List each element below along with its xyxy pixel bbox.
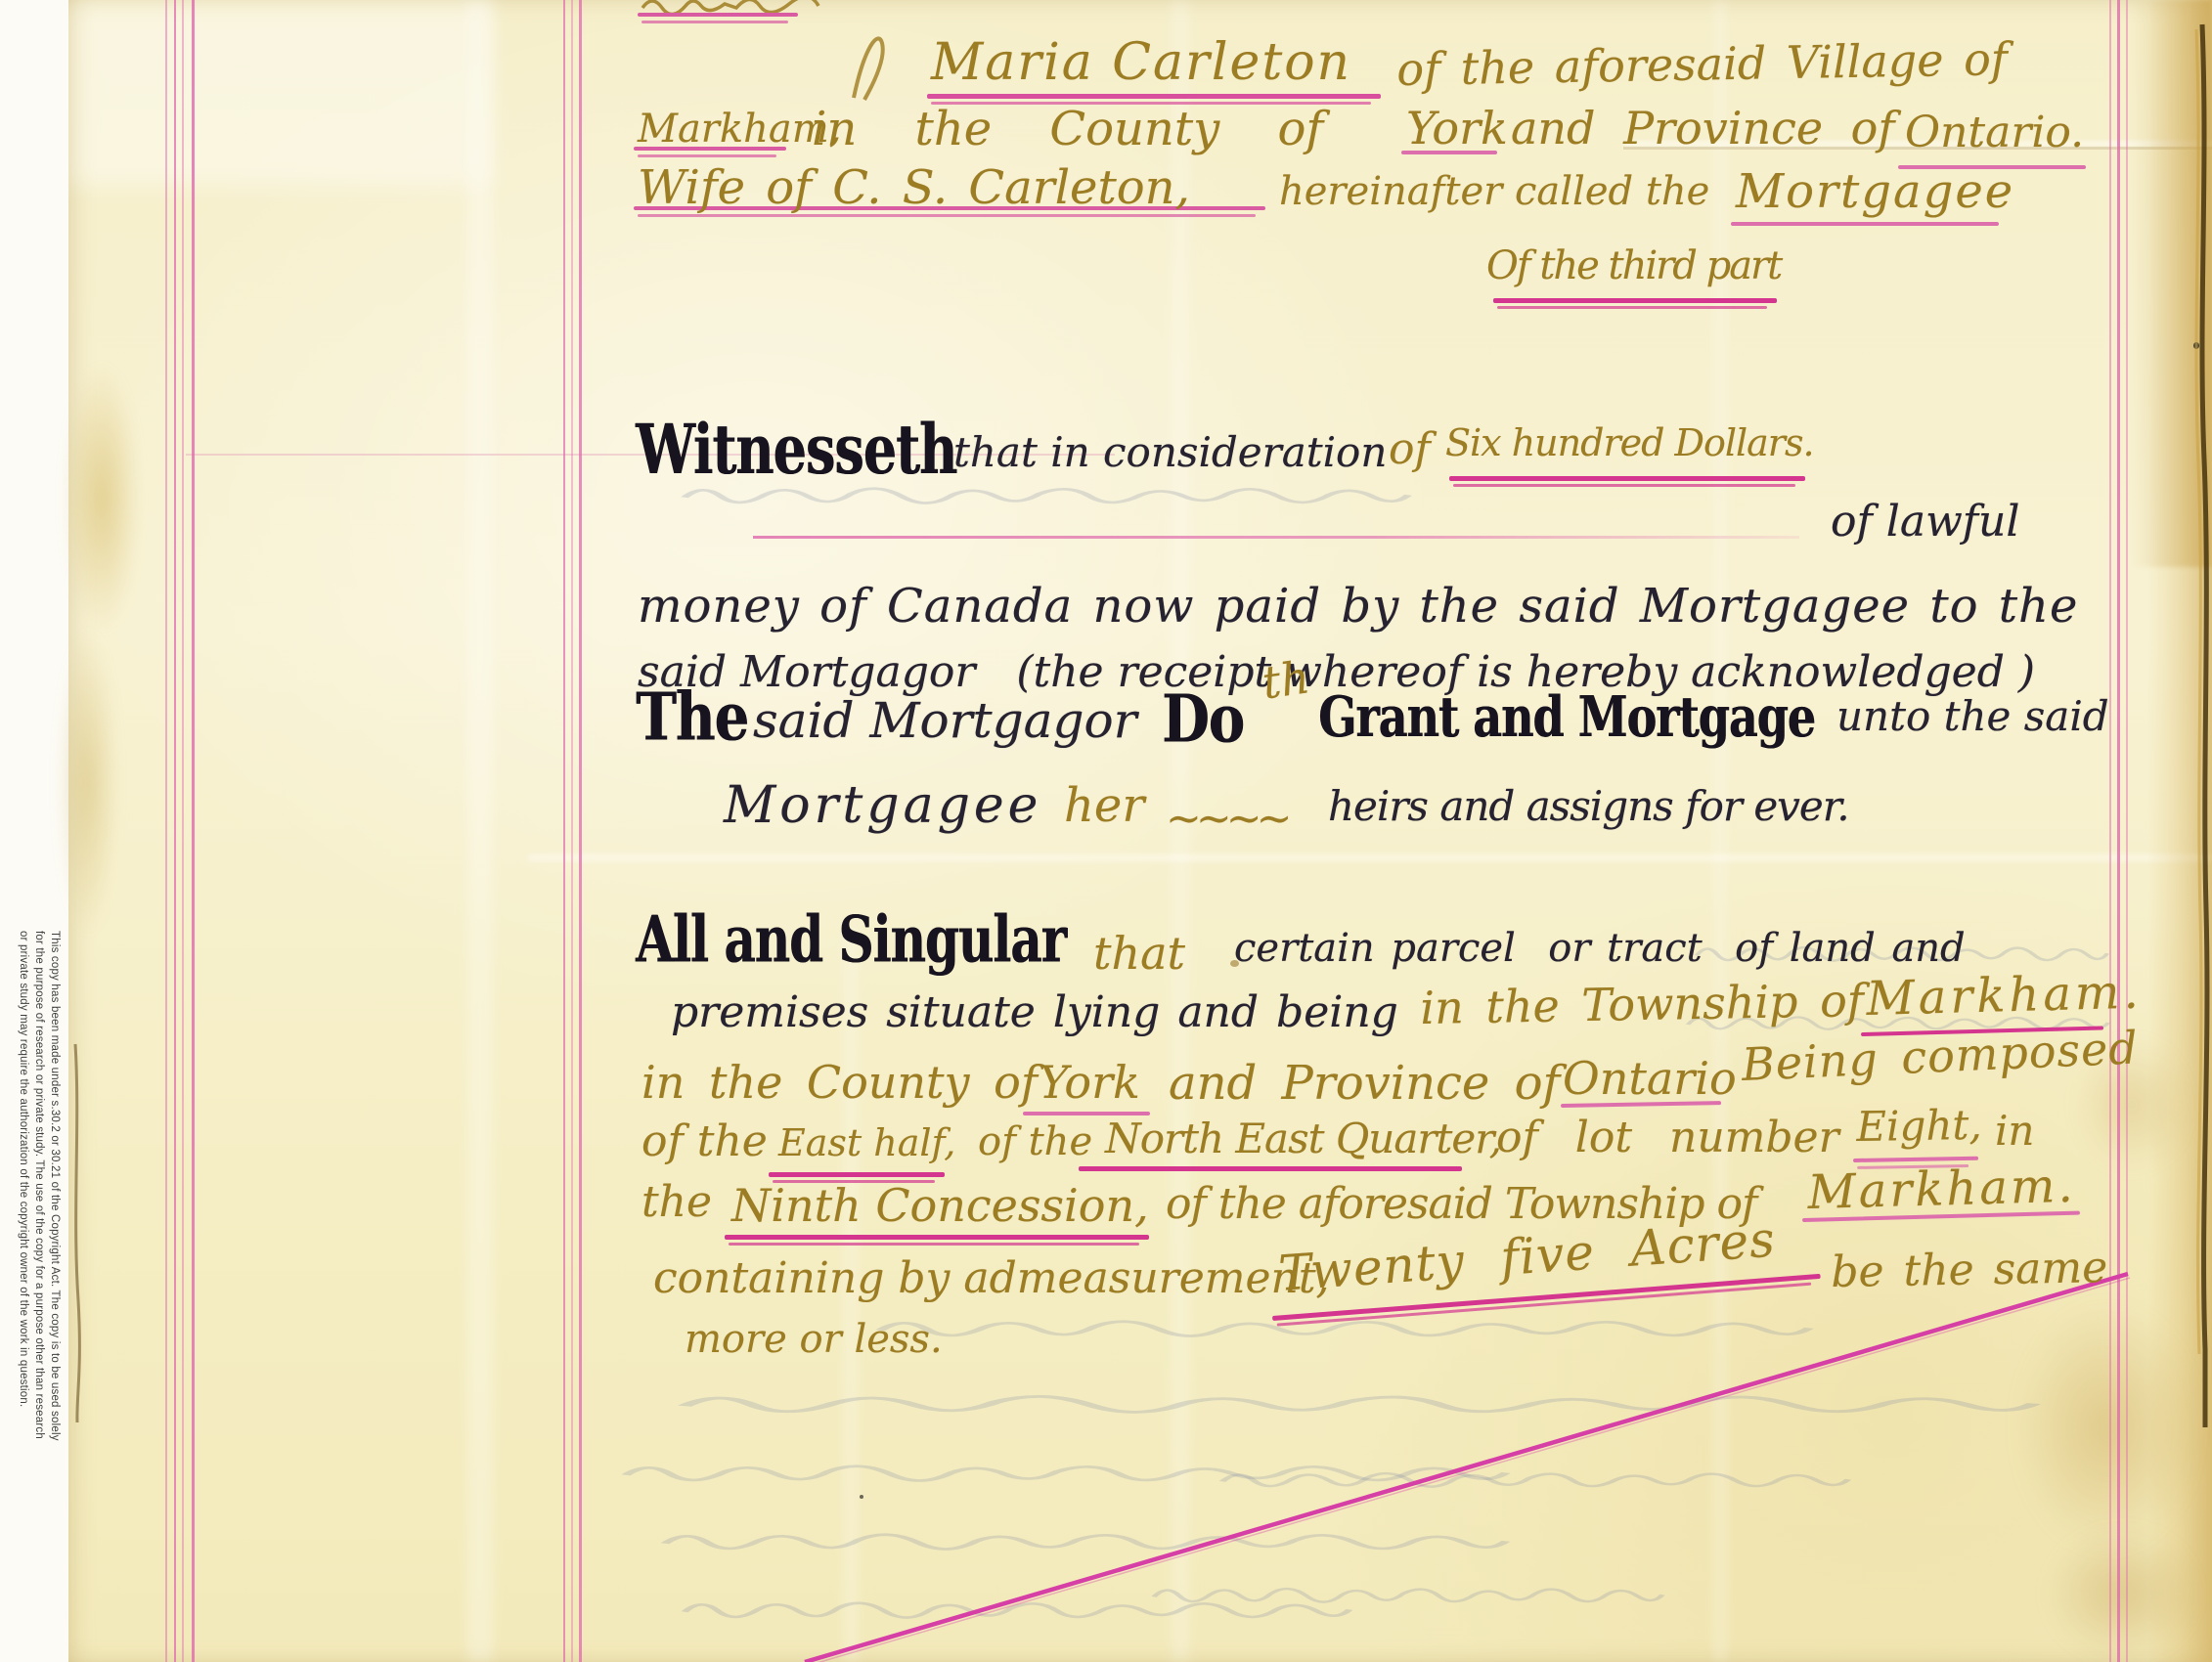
parcels-line4c: of lot number <box>1496 1116 1839 1159</box>
ruled-line-left-inner <box>571 0 573 1662</box>
copyright-notice: This copy has been made under s.30.2 or … <box>12 931 63 1662</box>
the-word: The <box>636 684 748 750</box>
concession-name: Ninth Concession, <box>731 1183 1149 1228</box>
parcels-line6b: be the same <box>1831 1246 2108 1294</box>
parcels-line2b: in the Township of <box>1420 978 1864 1030</box>
ruled-line-left <box>192 0 195 1662</box>
that-word: that <box>1093 931 1185 976</box>
underline-maria-carleton <box>927 94 1381 99</box>
underline-amount <box>1449 476 1805 481</box>
wife-of-line: Wife of C. S. Carleton, <box>638 164 1190 211</box>
strike-squiggle: ~~~~ <box>1166 798 1286 841</box>
all-and-singular-heading: All and Singular <box>636 907 1066 972</box>
do-word: Do <box>1162 686 1244 752</box>
parcels-line1: certain parcel or tract of land and <box>1234 929 1966 968</box>
ruled-line-left-inner <box>563 0 565 1662</box>
lawful-text: of lawful <box>1831 501 2019 544</box>
ruled-line-left <box>165 0 167 1662</box>
parcels-line5a: the <box>641 1181 712 1224</box>
consideration-amount: Six hundred Dollars. <box>1445 424 1814 461</box>
party-line2-a: in the County of <box>812 106 1323 153</box>
east-half: East half, <box>778 1124 955 1161</box>
ruled-line-left-inner <box>579 0 582 1662</box>
underline-ne-quarter <box>1079 1166 1462 1171</box>
parcels-line4d: in <box>1995 1111 2034 1152</box>
parcels-line3a: in the County of <box>641 1060 1038 1105</box>
underline-east-half <box>769 1172 945 1177</box>
scanned-mortgage-deed-page: Maria Carleton of the aforesaid Village … <box>0 0 2212 1662</box>
parcels-line4a: of the <box>641 1120 768 1163</box>
underline-mortgagee <box>1731 222 1999 226</box>
copyright-notice-line3: or private study may require the authori… <box>16 931 31 1662</box>
th-insertion: th <box>1260 654 1312 705</box>
ruled-line-right <box>2117 0 2120 1662</box>
role-label: Mortgagee <box>1736 168 2014 215</box>
underline-ninth-concession <box>725 1235 1149 1240</box>
parcels-line3b: and Province of <box>1169 1060 1560 1107</box>
grant-and-mortgage: Grant and Mortgage <box>1318 688 1815 745</box>
witnesseth-heading: Witnesseth <box>636 415 956 483</box>
underline-fragment <box>638 13 798 17</box>
consideration-text: that in consideration <box>953 432 1387 473</box>
copyright-notice-line2: for the purpose of research or private s… <box>31 931 47 1662</box>
heirs-assigns: heirs and assigns for ever. <box>1328 786 1849 827</box>
ne-quarter: North East Quarter, <box>1105 1118 1501 1159</box>
unto-the-said: unto the said <box>1836 696 2109 737</box>
party-line2-b: and Province of <box>1511 106 1894 151</box>
her-insertion: her <box>1064 782 1144 829</box>
ruled-line-right <box>2126 0 2128 1662</box>
party-line1-rest: of the aforesaid Village of <box>1396 36 2008 92</box>
mortgagee-word: Mortgagee <box>724 780 1041 831</box>
parcels-line2a: premises situate lying and being <box>671 991 1398 1034</box>
parcels-line7: more or less. <box>685 1320 943 1359</box>
underline-third-part <box>1493 298 1777 303</box>
parcels-line6a: containing by admeasurement, <box>653 1257 1330 1300</box>
county-name-2: York <box>1039 1060 1140 1105</box>
township-name-2: Markham. <box>1807 1162 2076 1216</box>
copyright-notice-line1: This copy has been made under s.30.2 or … <box>47 931 63 1662</box>
ruled-line-left <box>174 0 176 1662</box>
said-mortgagor: said Mortgagor <box>753 696 1136 745</box>
ruled-line-right <box>2109 0 2111 1662</box>
mortgagee-name: Maria Carleton <box>931 37 1351 88</box>
third-part-label: Of the third part <box>1486 246 1781 285</box>
lot-number: Eight, <box>1856 1105 1982 1148</box>
ruled-line-left <box>182 0 184 1662</box>
witnesseth-line2: money of Canada now paid by the said Mor… <box>638 583 2078 630</box>
township-name: Markham. <box>1866 969 2143 1023</box>
blank-fill-line <box>753 536 1799 539</box>
province-name: Ontario. <box>1905 111 2084 154</box>
parcels-line4b: of the <box>978 1122 1092 1161</box>
county-name: York <box>1406 106 1508 151</box>
province-name-2: Ontario <box>1563 1056 1737 1101</box>
of-word: of <box>1389 428 1431 471</box>
hereinafter-line: hereinafter called the <box>1279 172 1709 211</box>
